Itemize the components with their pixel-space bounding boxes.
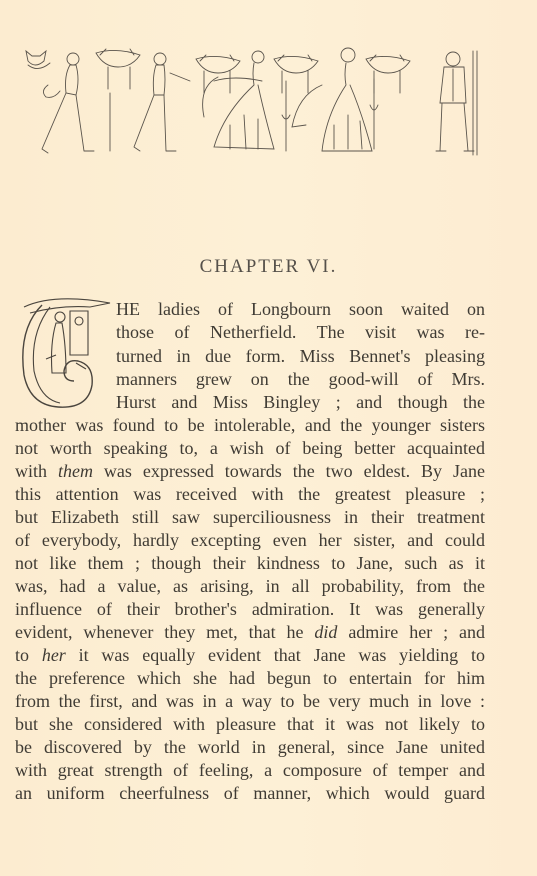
headpiece-illustration [18, 45, 478, 190]
illuminated-initial-T-icon [20, 297, 112, 409]
text-run: with [15, 461, 58, 481]
text-line: be discovered by the world in general, s… [15, 736, 485, 759]
text-line: with them was expressed towards the two … [15, 460, 485, 483]
text-line: an uniform cheerfulness of manner, which… [15, 782, 485, 805]
gentleman-figure-3 [436, 51, 477, 155]
text-run: was expressed towards the two eldest. By… [93, 461, 485, 481]
text-line: turned in due form. Miss Bennet's pleasi… [116, 345, 485, 368]
emphasis: did [314, 622, 337, 642]
chapter-title-text: CHAPTER VI. [200, 256, 338, 277]
text-line: mother was found to be intolerable, and … [15, 414, 485, 437]
emphasis: them [58, 461, 93, 481]
text-line: the preference which she had begun to en… [15, 667, 485, 690]
text-run: admire her ; and [337, 622, 485, 642]
text-line: this attention was received with the gre… [15, 483, 485, 506]
text-line: of everybody, hardly excepting even her … [15, 529, 485, 552]
text-line: from the first, and was in a way to be v… [15, 690, 485, 713]
text-line: to her it was equally evident that Jane … [15, 644, 485, 667]
text-run: it was equally evident that Jane was yie… [66, 645, 485, 665]
lady-figure-2 [292, 48, 378, 151]
text-line: HE ladies of Longbourn soon waited on [116, 298, 485, 321]
text-line: with great strength of feeling, a compos… [15, 759, 485, 782]
book-page: CHAPTER VI. HE ladies of Longbourn soon … [0, 0, 537, 876]
text-line: was, had a value, as arising, in all pro… [15, 575, 485, 598]
text-line: but she considered with pleasure that it… [15, 713, 485, 736]
gentleman-figure-2 [134, 53, 190, 151]
text-line: Hurst and Miss Bingley ; and though the [116, 391, 485, 414]
text-run: to [15, 645, 42, 665]
text-line: but Elizabeth still saw superciliousness… [15, 506, 485, 529]
gentleman-figure-1 [42, 53, 110, 153]
text-run: evident, whenever they met, that he [15, 622, 314, 642]
drop-cap-initial [20, 297, 112, 409]
text-line: evident, whenever they met, that he did … [15, 621, 485, 644]
text-line: influence of their brother's admiration.… [15, 598, 485, 621]
text-line: those of Netherfield. The visit was re- [116, 321, 485, 344]
text-line: not worth speaking to, a wish of being b… [15, 437, 485, 460]
text-line: manners grew on the good-will of Mrs. [116, 368, 485, 391]
text-line: not like them ; though their kindness to… [15, 552, 485, 575]
lady-figure-1 [203, 51, 290, 151]
chapter-title: CHAPTER VI. [0, 256, 537, 278]
fox-mask-ornaments [26, 49, 410, 93]
emphasis: her [42, 645, 66, 665]
regency-figures-frieze-icon [18, 45, 478, 190]
